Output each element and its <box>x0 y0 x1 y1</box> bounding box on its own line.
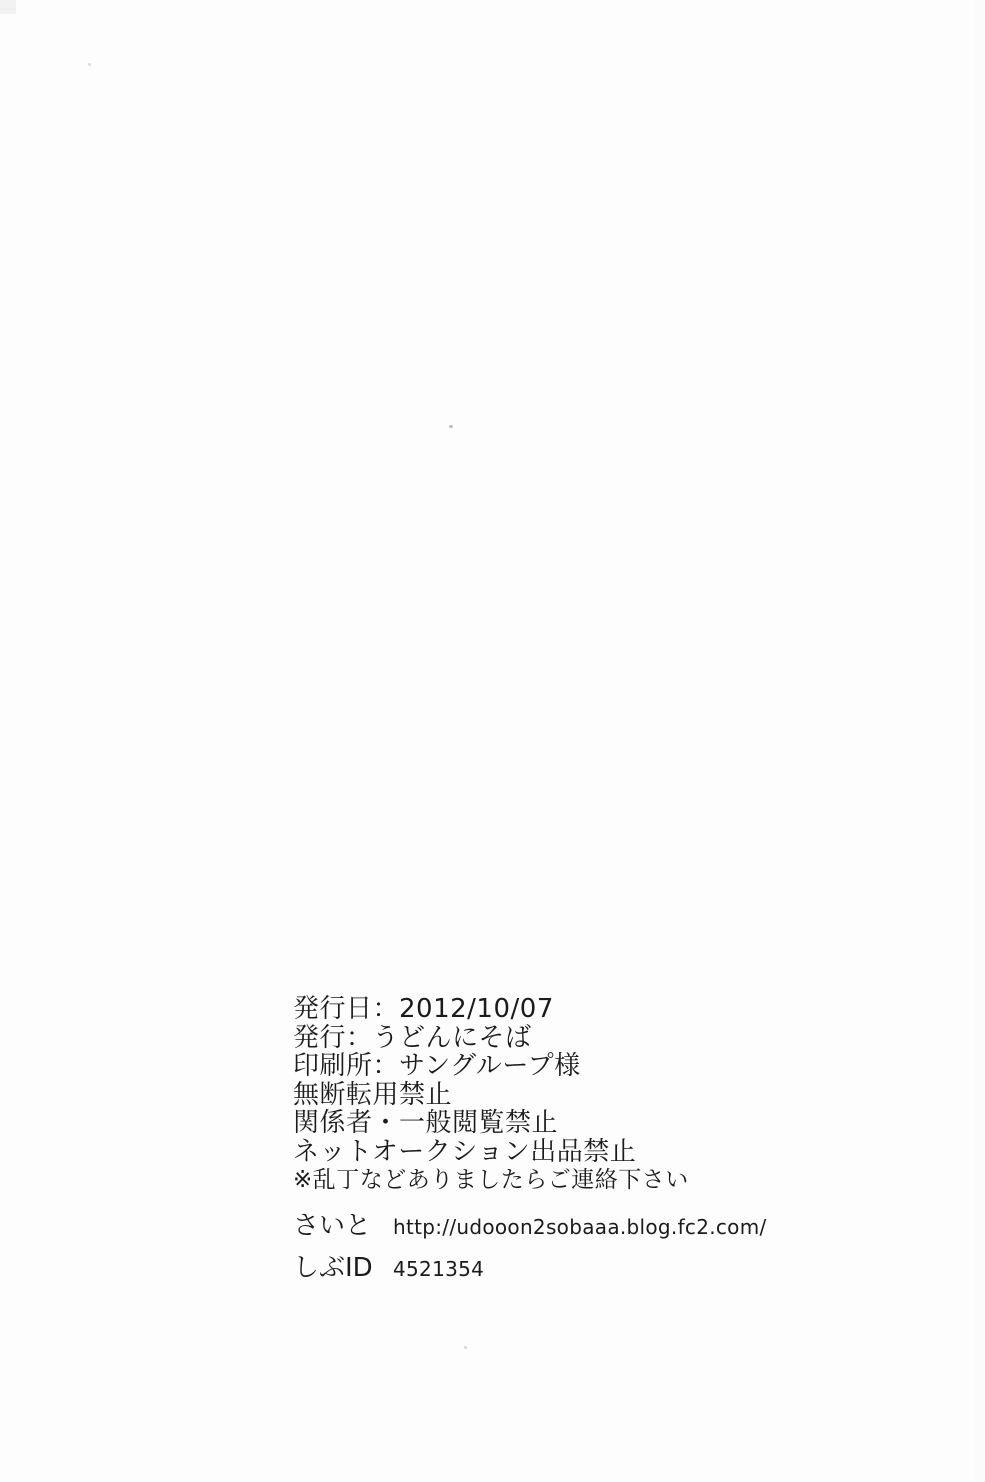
misprint-notice-line: ※乱丁などありましたらご連絡下さい <box>293 1166 689 1195</box>
pixiv-id-value: 4521354 <box>393 1257 767 1281</box>
no-auction-line: ネットオークション出品禁止 <box>293 1138 689 1167</box>
site-url: http://udooon2sobaaa.blog.fc2.com/ <box>393 1215 767 1239</box>
scan-speck <box>449 425 453 428</box>
site-label: さいと <box>293 1205 393 1242</box>
publisher-line: 発行：うどんにそば <box>293 1024 689 1053</box>
scanned-colophon-page: 発行日：2012/10/07 発行：うどんにそば 印刷所：サングループ様 無断転… <box>0 0 985 1482</box>
publish-date-line: 発行日：2012/10/07 <box>293 995 689 1024</box>
printer-line: 印刷所：サングループ様 <box>293 1052 689 1081</box>
contact-block: さいと http://udooon2sobaaa.blog.fc2.com/ し… <box>293 1205 767 1284</box>
scan-edge-shade <box>975 0 985 1482</box>
restricted-viewing-line: 関係者・一般閲覧禁止 <box>293 1109 689 1138</box>
scan-speck <box>464 1346 467 1349</box>
no-reproduction-line: 無断転用禁止 <box>293 1081 689 1110</box>
pixiv-id-label: しぶID <box>293 1247 393 1284</box>
scan-speck <box>88 63 91 66</box>
scan-corner-shade <box>0 0 16 14</box>
colophon-block: 発行日：2012/10/07 発行：うどんにそば 印刷所：サングループ様 無断転… <box>293 995 689 1195</box>
